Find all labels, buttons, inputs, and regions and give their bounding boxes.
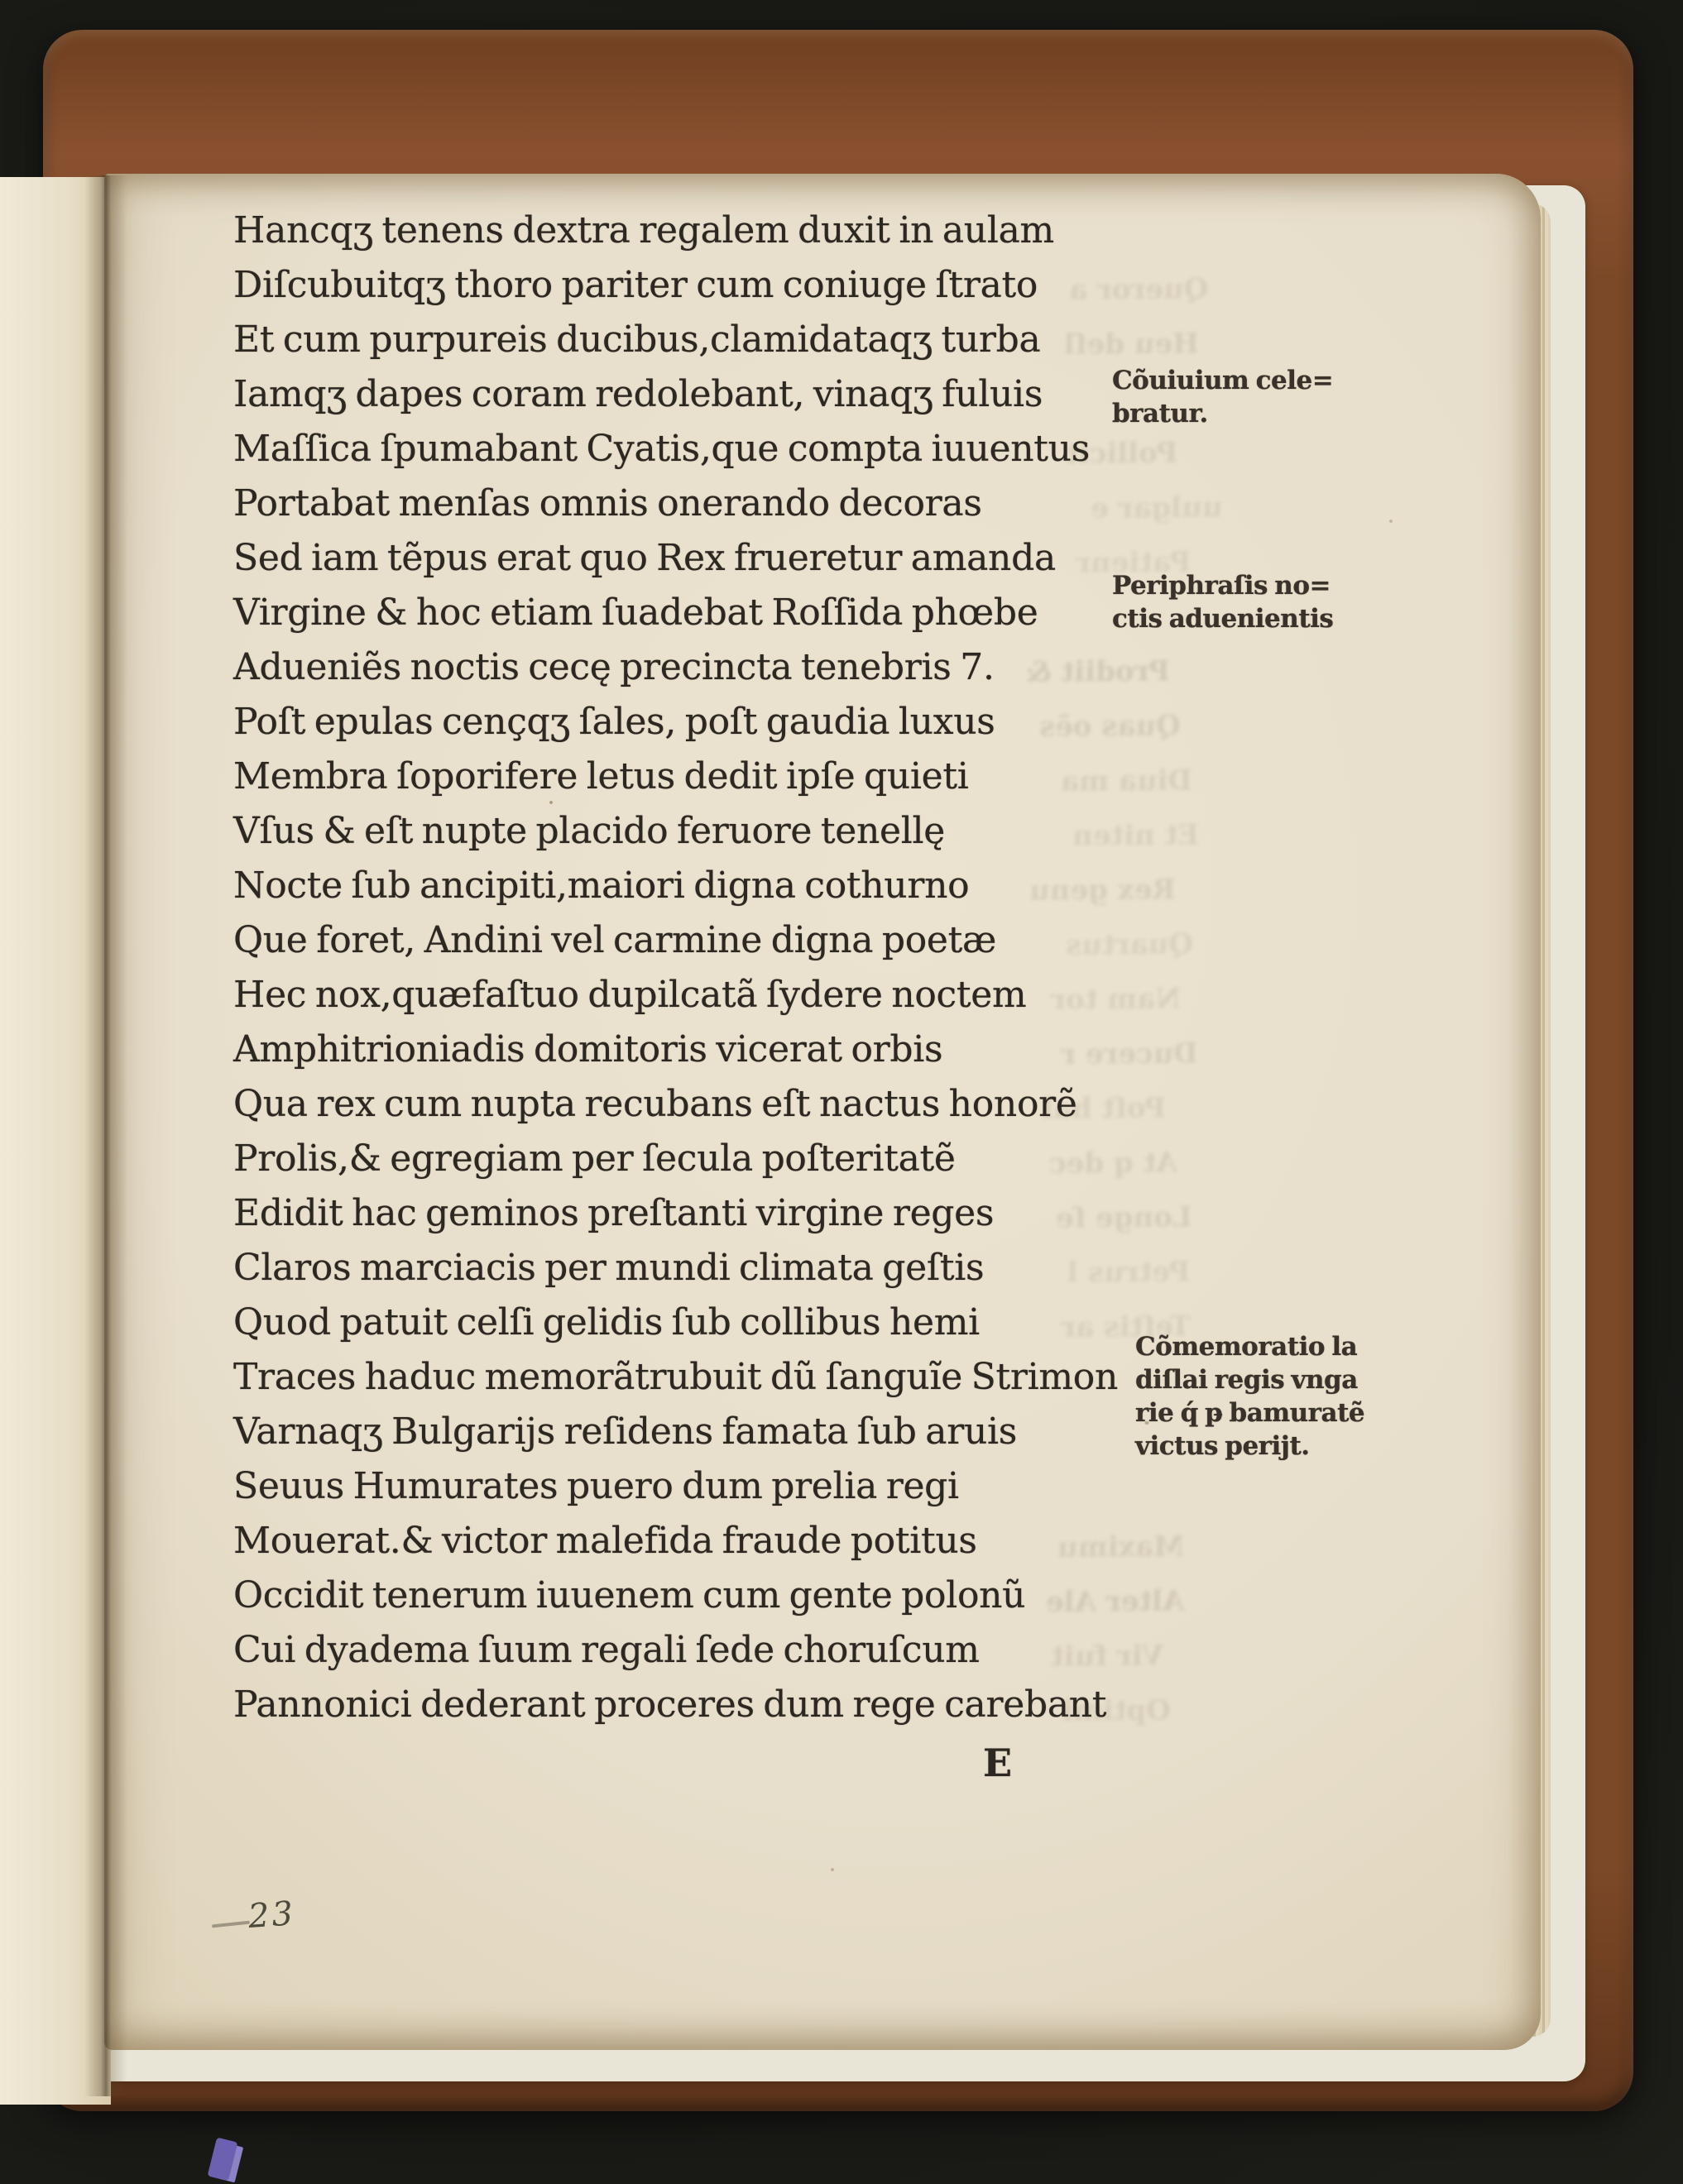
verse-line: Claros marciacis per mundi climata geſti… (233, 1241, 1218, 1296)
verse-line: Seuus Humurates puero dum prelia regi (233, 1459, 1218, 1514)
verse-line: Traces haduc memorãtrubuit dũ ſanguĩe St… (233, 1350, 1218, 1405)
verse-line: Virgine & hoc etiam ſuadebat Roſſida phœ… (233, 586, 1218, 640)
verse-line: Maſſica ſpumabant Cyatis,que compta iuue… (233, 422, 1218, 477)
gutter-crease (84, 175, 127, 2096)
bookmark-ribbon (208, 2138, 238, 2182)
margin-note-commemoratio: Cõmemoratio ladiſlai regis vngarie q́ p̵… (1135, 1330, 1364, 1463)
verse-line: Quod patuit celſi gelidis ſub collibus h… (233, 1296, 1218, 1350)
book-photo: Queror aHeu deſlPollicituulgar ePatienrP… (0, 0, 1683, 2184)
verse-line: Et cum purpureis ducibus,clamidataqʒ tur… (233, 313, 1218, 367)
poem-text: Hancqʒ tenens dextra regalem duxit in au… (233, 204, 1218, 1732)
verse-line: Hancqʒ tenens dextra regalem duxit in au… (233, 204, 1218, 258)
verse-line: Mouerat.& victor malefida fraude potitus (233, 1514, 1218, 1569)
verse-line: Membra ſoporifere letus dedit ipſe quiet… (233, 750, 1218, 804)
verse-line: Amphitrioniadis domitoris vicerat orbis (233, 1023, 1218, 1077)
margin-note-line: diſlai regis vnga (1135, 1363, 1364, 1396)
margin-note-line: ctis aduenientis (1112, 602, 1333, 635)
verse-line: Poſt epulas cençqʒ ſales, poſt gaudia lu… (233, 695, 1218, 750)
verse-line: Prolis,& egregiam per ſecula poſteritatẽ (233, 1132, 1218, 1186)
verse-line: Que foret, Andini vel carmine digna poet… (233, 913, 1218, 968)
margin-note-line: Cõuiuium cele= (1112, 364, 1333, 397)
verse-line: Sed iam tẽpus erat quo Rex frueretur ama… (233, 531, 1218, 586)
verse-line: Iamqʒ dapes coram redolebant, vinaqʒ ful… (233, 367, 1218, 422)
margin-note-line: Periphraſis no= (1112, 569, 1333, 602)
margin-note-conuiuium: Cõuiuium cele=bratur. (1112, 364, 1333, 430)
margin-note-line: bratur. (1112, 397, 1333, 430)
verse-line: Pannonici dederant proceres dum rege car… (233, 1678, 1218, 1732)
verse-line: Hec nox,quæfaſtuo dupilcatã ſydere nocte… (233, 968, 1218, 1023)
verse-line: Occidit tenerum iuuenem cum gente polonũ (233, 1569, 1218, 1623)
verse-line: Qua rex cum nupta recubans eſt nactus ho… (233, 1077, 1218, 1132)
margin-note-line: victus perijt. (1135, 1430, 1364, 1463)
signature-mark: E (983, 1741, 1012, 1785)
margin-note-line: rie q́ p̵ bamuratẽ (1135, 1396, 1364, 1430)
verse-line: Vſus & eſt nupte placido feruore tenellę (233, 804, 1218, 859)
margin-note-line: Cõmemoratio la (1135, 1330, 1364, 1363)
verse-line: Cui dyadema ſuum regali ſede choruſcum (233, 1623, 1218, 1678)
verse-line: Edidit hac geminos preſtanti virgine reg… (233, 1186, 1218, 1241)
verse-line: Varnaqʒ Bulgarijs reſidens famata ſub ar… (233, 1405, 1218, 1459)
verse-line: Diſcubuitqʒ thoro pariter cum coniuge ſt… (233, 258, 1218, 313)
verse-line: Adueniẽs noctis cecę precincta tenebris … (233, 640, 1218, 695)
margin-note-periphrasis: Periphraſis no=ctis aduenientis (1112, 569, 1333, 635)
handwritten-page-number: 23 (247, 1894, 296, 1936)
verse-line: Portabat menſas omnis onerando decoras (233, 477, 1218, 531)
verse-line: Nocte ſub ancipiti,maiori digna cothurno (233, 859, 1218, 913)
